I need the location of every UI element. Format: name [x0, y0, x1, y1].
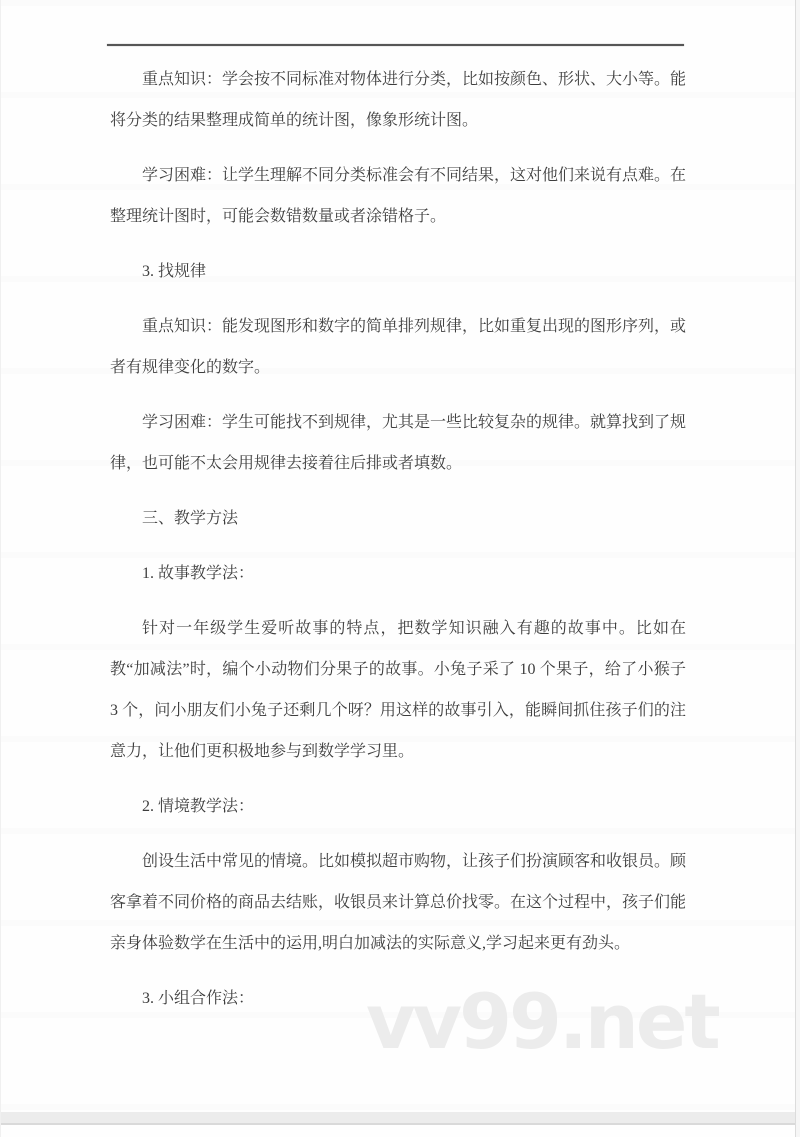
paragraph: 重点知识：学会按不同标准对物体进行分类，比如按颜色、形状、大小等。能将分类的结果…	[110, 59, 686, 141]
paragraph: 重点知识：能发现图形和数字的简单排列规律，比如重复出现的图形序列，或者有规律变化…	[110, 306, 686, 388]
page-separator	[0, 1112, 796, 1125]
paragraph: 3. 小组合作法：	[110, 978, 686, 1019]
paragraph: 创设生活中常见的情境。比如模拟超市购物，让孩子们扮演顾客和收银员。顾客拿着不同价…	[110, 841, 686, 964]
document-body: 重点知识：学会按不同标准对物体进行分类，比如按颜色、形状、大小等。能将分类的结果…	[110, 59, 686, 1033]
paragraph: 三、教学方法	[110, 498, 686, 539]
page-header-rule	[107, 44, 684, 46]
paragraph: 学习困难：让学生理解不同分类标准会有不同结果，这对他们来说有点难。在整理统计图时…	[110, 155, 686, 237]
paragraph: 3. 找规律	[110, 251, 686, 292]
page-left-edge-line	[0, 0, 1, 1137]
paragraph: 针对一年级学生爱听故事的特点，把数学知识融入有趣的故事中。比如在教“加减法”时，…	[110, 608, 686, 772]
paragraph: 学习困难：学生可能找不到规律，尤其是一些比较复杂的规律。就算找到了规律，也可能不…	[110, 402, 686, 484]
paragraph: 1. 故事教学法：	[110, 553, 686, 594]
paragraph: 2. 情境教学法：	[110, 786, 686, 827]
page-right-edge-gutter	[796, 0, 800, 1137]
document-page: vv99.net 重点知识：学会按不同标准对物体进行分类，比如按颜色、形状、大小…	[0, 0, 800, 1137]
